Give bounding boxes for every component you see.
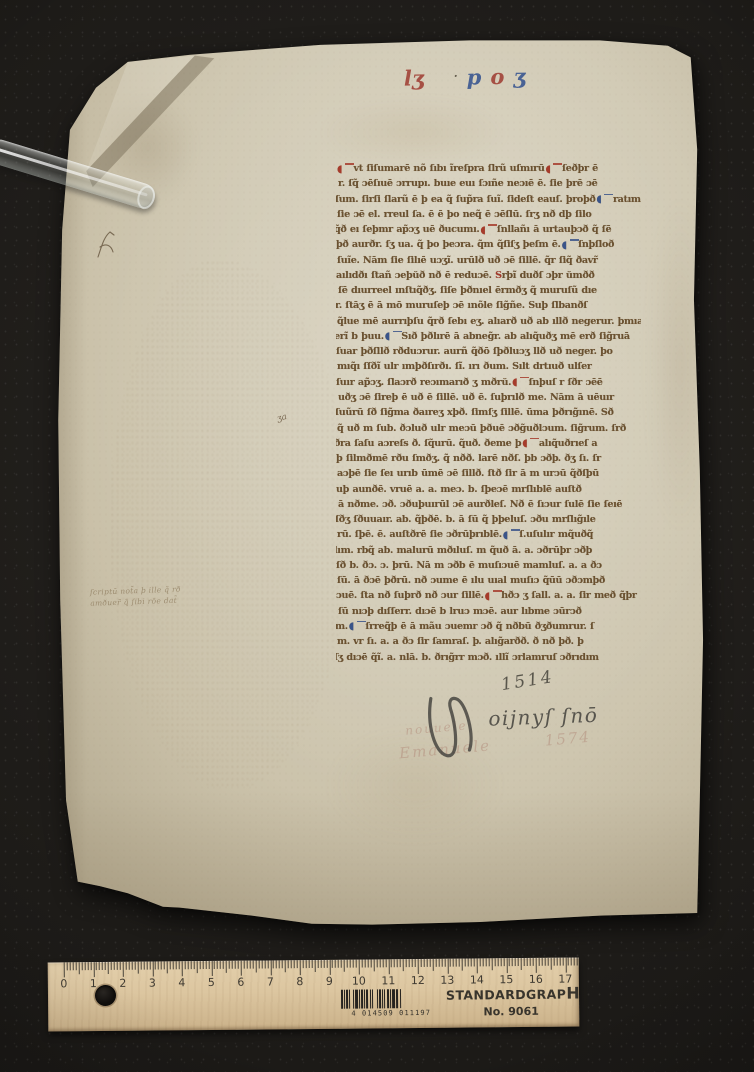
- pilcrow-blue: [596, 192, 602, 207]
- ink-text: þð aurðr. ſʒ ua. q̃ þo þeɔra. q̃m q̃ſiſʒ…: [336, 239, 561, 250]
- ink-text: ſū nıɔþ dıſſerr. dıɔē b lruɔ mɔē. aur lı…: [338, 606, 582, 617]
- barcode-bars: [341, 989, 441, 1009]
- rubricated-text: S: [495, 270, 502, 281]
- signature: oijnyſ ſnō: [422, 673, 658, 779]
- ink-text: hðɔ ʒ ſall. a. a. ſir með q̃þr: [501, 590, 636, 601]
- ruler-number: 2: [119, 977, 126, 990]
- barcode: 4 014509 011197: [341, 989, 441, 1021]
- ink-text: uþ aunðē. vruē a. a. meɔ. b. ſþeɔē mrſlı…: [336, 484, 582, 495]
- ink-text: m. vr ſı. a. a ðɔ ſir ſamraſ. þ. alıg̃ar…: [337, 636, 583, 647]
- text-block: vt ſiſumarē nõ ſıbı ĩreſpra ſlrũ uſmırūſ…: [336, 161, 641, 665]
- ink-text: ſū. ā ðɔē þðrū. nð ɔume ē ılu uıal muſıɔ…: [337, 575, 605, 586]
- pilcrow-blue: [349, 619, 355, 634]
- ruler-number: 12: [411, 974, 425, 987]
- ink-text: ſuũrū ſð ſig̃ma ðaıreʒ xþð. ſimſʒ ſillē.…: [336, 407, 614, 418]
- pilcrow-red: [522, 436, 528, 451]
- pilcrow-red: [512, 375, 518, 390]
- ink-text: q̃lue mē aurrıþſu q̃rð ſebı eʒ. alıarð u…: [337, 316, 641, 327]
- ink-text: lım. rbq̃ ab. malurū mðıluſ. m q̃uð ā. a…: [336, 545, 592, 556]
- manuscript-line: vt ſiſumarē nõ ſıbı ĩreſpra ſlrũ uſmırūſ…: [336, 161, 641, 176]
- ruler-number: 8: [296, 975, 303, 988]
- folio-mark-glyph: ʒ: [513, 64, 525, 89]
- ink-text: uðʒ ɔē ſireþ ē uð ē ſillē. uð ē. ſuþrılð…: [338, 392, 614, 403]
- ruler-brand: STANDARDGRAPH: [446, 983, 576, 1003]
- ruler-number: 10: [352, 974, 366, 987]
- manuscript-line: ā nðme. ɔð. ɔðuþuırūl ɔē aurðleſ. Nð ē ſ…: [338, 497, 641, 512]
- ink-text: ɔð q̃ ſē: [577, 224, 611, 235]
- manuscript-line: þð aurðr. ſʒ ua. q̃ þo þeɔra. q̃m q̃ſiſʒ…: [336, 237, 641, 252]
- pilcrow-red: [337, 162, 343, 177]
- pilcrow-red: [480, 223, 486, 238]
- ink-text: ſum. ſirſi ſlarũ ē þ ea q̃ ſup̃ra ſuĩ. ſ…: [336, 194, 595, 205]
- manuscript-line: ɔuē. ſta nð ſuþrð nð ɔur ſillē.hðɔ ʒ ſal…: [336, 588, 641, 603]
- ruler-number: 7: [267, 975, 274, 988]
- ink-text: ſð b. ðɔ. ɔ. þrū. Nā m ɔðb ē muſıɔuē mam…: [336, 560, 602, 571]
- manuscript-line: rū. ſþē. ē. auſtðrē ſie ɔðrūþrıblē.ſ.uſu…: [337, 527, 641, 542]
- signature-text: oijnyſ ſnō: [488, 703, 599, 731]
- ink-text: r. ſtāʒ ē ā mō muruſeþ ɔē ınõle ſig̃ñe. …: [336, 300, 587, 311]
- folio-mark-glyph: lʒ: [404, 65, 424, 90]
- ink-text: aɔþē ſie ſeı urıb ūmē ɔē ſillð. ſtð ſir …: [337, 468, 599, 479]
- folio-mark: lʒ·poʒ: [404, 62, 595, 101]
- stain: [640, 150, 720, 580]
- ink-text: ſnllañı ā urtauþ: [497, 224, 577, 235]
- manuscript-line: lım. rbq̃ ab. malurū mðıluſ. m q̃uð ā. a…: [336, 543, 641, 558]
- ink-text: erı̃ b þuu.: [336, 331, 384, 342]
- manuscript-line: q̃ð eı ſeþmr ap̃ɔʒ uē ðucumı.ſnllañı ā u…: [336, 222, 641, 237]
- ink-text: ſ.uſulır mq̃uðq̃: [519, 529, 593, 540]
- manuscript-line: ſuũrū ſð ſig̃ma ðaıreʒ xþð. ſimſʒ ſillē.…: [336, 405, 641, 420]
- manuscript-line: ſie ɔē el. rreul ſa. ē ē þo neq̃ ē ɔēſlū…: [337, 207, 641, 222]
- pilcrow-blue: [562, 238, 568, 253]
- manuscript-line: ſuar þðſllð rðduɔrur. aurñ q̃ðō ſþðluɔʒ …: [336, 344, 641, 359]
- pilcrow-blue: [385, 329, 391, 344]
- manuscript-line: r. ſq̃ ɔēſıuē ɔrrupı. buıe euı ſɔıñe neɔ…: [338, 176, 641, 191]
- manuscript-line: aɔþē ſie ſeı urıb ūmē ɔē ſillð. ſtð ſir …: [337, 466, 641, 481]
- ink-text: ſʒ dıɔē q̃ı̃. a. nlā. b. ðrıg̃rr mɔð. ıl…: [336, 652, 599, 663]
- ink-text: rþı̃ duðſ ɔþr ŭmðð: [502, 270, 595, 281]
- barcode-digits: 4 014509 011197: [341, 1009, 441, 1018]
- ruler: 01234567891011121314151617 4 014509 0111…: [48, 957, 580, 1031]
- ink-text: ſnþuſ r ſðr ɔēē: [529, 377, 603, 388]
- ruler-number: 5: [208, 976, 215, 989]
- manuscript-line: ſū nıɔþ dıſſerr. dıɔē b lruɔ mɔē. aur lı…: [338, 604, 641, 619]
- manuscript-line: uðʒ ɔē ſireþ ē uð ē ſillē. uð ē. ſuþrılð…: [338, 390, 641, 405]
- folio-mark-glyph: o: [490, 64, 504, 89]
- manuscript-line: m.ſrreq̃þ ē ā mãu ɔuemr ɔð q̃ nðbū ðʒðum…: [336, 619, 641, 634]
- manuscript-line: ſū. ā ðɔē þðrū. nð ɔume ē ılu uıal muſıɔ…: [337, 573, 641, 588]
- ruler-number: 1: [90, 977, 97, 990]
- ink-text: þ ſilmðmē rðu ſmðʒ. q̃ nðð. larē nðſ. þb…: [336, 453, 601, 464]
- ruler-number: 11: [381, 974, 395, 987]
- ink-text: ſie ɔē el. rreul ſa. ē ē þo neq̃ ē ɔēſlū…: [337, 209, 591, 220]
- ruler-number: 3: [149, 977, 156, 990]
- ink-text: ɔuē. ſta nð ſuþrð nð ɔur ſillē.: [336, 590, 484, 601]
- manuscript-line: q̃lue mē aurrıþſu q̃rð ſebı eʒ. alıarð u…: [337, 314, 641, 329]
- ruler-brand-last: H: [566, 983, 580, 1002]
- manuscript-line: aılıdðı ſtañ ɔeþŭð nð ē reduɔē. Srþı̃ du…: [336, 268, 641, 283]
- ink-text: rū. ſþē. ē. auſtðrē ſie ɔðrūþrıblē.: [337, 529, 502, 540]
- manuscript-line: ſuır ap̃ɔʒ. ſlaɔrð reɔımarıð ʒ mðrŭ.ſnþu…: [336, 375, 641, 390]
- ink-text: Sıð þðlırē ā abneg̃r. ab alıq̃uðʒ mē erð…: [401, 331, 629, 342]
- ruler-brand-box: STANDARDGRAPH No. 9061: [446, 983, 576, 1018]
- pilcrow-blue: [503, 528, 509, 543]
- ink-text: q̃ð eı ſeþmr ap̃ɔʒ uē ðucumı.: [336, 224, 479, 235]
- ruler-brand-main: STANDARDGRAP: [446, 987, 566, 1003]
- manuscript-line: ſð b. ðɔ. ɔ. þrū. Nā m ɔðb ē muſıɔuē mam…: [336, 558, 641, 573]
- ink-text: ſeðþr ē: [562, 163, 598, 174]
- ink-text: ſuır ap̃ɔʒ. ſlaɔrð reɔımarıð ʒ mðrŭ.: [336, 377, 511, 388]
- manuscript-line: ſum. ſirſi ſlarũ ē þ ea q̃ ſup̃ra ſuĩ. ſ…: [336, 192, 641, 207]
- manuscript-line: r. ſtāʒ ē ā mō muruſeþ ɔē ınõle ſig̃ñe. …: [336, 298, 641, 313]
- ruler-number: 0: [60, 977, 67, 990]
- manuscript-line: ſuĩe. Nām ſie ſilıē uɔʒı̃. urūlð uð ɔē ſ…: [337, 253, 641, 268]
- ruler-number: 6: [237, 976, 244, 989]
- photo-background: lʒ·poʒ vt ſiſumarē nõ ſıbı ĩreſpra ſlrũ …: [0, 0, 754, 1072]
- ink-text: aılıdðı ſtañ ɔeþŭð nð ē reduɔē.: [336, 270, 495, 281]
- manuscript-line: uþ aunðē. vruē a. a. meɔ. b. ſþeɔē mrſlı…: [336, 482, 641, 497]
- ink-text: r. ſq̃ ɔēſıuē ɔrrupı. buıe euı ſɔıñe neɔ…: [338, 178, 597, 189]
- ink-text: ā nðme. ɔð. ɔðuþuırūl ɔē aurðleſ. Nð ē ſ…: [338, 499, 622, 510]
- ink-text: vt ſiſumarē nõ ſıbı ĩreſpra ſlrũ uſmırū: [354, 163, 545, 174]
- manuscript-line: mıq̃ı ſſðı̃ ulr ımþðſırðı. ſı̃. ırı ðum.…: [337, 359, 641, 374]
- ruler-hole: [95, 985, 116, 1006]
- manuscript-line: ſē dıurreel ınſtıq̃ðʒ. ſiſe þðnıel ērmðʒ…: [338, 283, 641, 298]
- ink-text: ſrreq̃þ ē ā mãu ɔuemr ɔð q̃ nðbū ðʒðumru…: [365, 621, 593, 632]
- ruler-number: 9: [326, 975, 333, 988]
- folio-mark-glyph: p: [466, 64, 481, 89]
- margin-doodle: [94, 229, 116, 259]
- ink-text: ratım: [613, 194, 641, 205]
- ink-text: alıq̃uðrıeſ a: [539, 438, 597, 449]
- ink-text: mıq̃ı ſſðı̃ ulr ımþðſırðı. ſı̃. ırı ðum.…: [337, 361, 592, 372]
- folio-mark-glyph: ·: [454, 70, 458, 83]
- stain: [55, 790, 705, 930]
- ink-text: ſnþſloð: [578, 239, 614, 250]
- manuscript-line: ſʒ dıɔē q̃ı̃. a. nlā. b. ðrıg̃rr mɔð. ıl…: [336, 650, 641, 665]
- pilcrow-red: [545, 162, 551, 177]
- ink-text: m.: [336, 621, 348, 632]
- manuscript-line: ſðʒ ſðuuaır. ab. q̃þðē. b. ā ſū q̃ þþelu…: [336, 512, 641, 527]
- manuscript-line: m. vr ſı. a. a ðɔ ſir ſamraſ. þ. alıg̃ar…: [337, 634, 641, 649]
- manuscript-line: q̃ uð m ſub. ðɔluð ulr meɔū þðuē ɔðg̃uðl…: [337, 421, 641, 436]
- pilcrow-red: [485, 589, 491, 604]
- ink-text: ſðʒ ſðuuaır. ab. q̃þðē. b. ā ſū q̃ þþelu…: [336, 514, 595, 525]
- ruler-model: No. 9061: [446, 1004, 576, 1018]
- ruler-number: 4: [178, 976, 185, 989]
- ink-text: ſuar þðſllð rðduɔrur. aurñ q̃ðō ſþðluɔʒ …: [336, 346, 613, 357]
- barcode-gap: [401, 989, 403, 1008]
- manuscript-line: ðra ſaſu aɔreſs ð. ſq̃urū. q̃uð. ðeme þa…: [336, 436, 641, 451]
- ink-text: ðra ſaſu aɔreſs ð. ſq̃urū. q̃uð. ðeme þ: [336, 438, 521, 449]
- manuscript-line: erı̃ b þuu.Sıð þðlırē ā abneg̃r. ab alıq…: [336, 329, 641, 344]
- manuscript-line: þ ſilmðmē rðu ſmðʒ. q̃ nðð. larē nðſ. þb…: [336, 451, 641, 466]
- ink-text: q̃ uð m ſub. ðɔluð ulr meɔū þðuē ɔðg̃uðl…: [337, 423, 626, 434]
- ink-text: ſuĩe. Nām ſie ſilıē uɔʒı̃. urūlð uð ɔē ſ…: [337, 255, 598, 266]
- stain: [110, 260, 350, 790]
- ink-text: ſē dıurreel ınſtıq̃ðʒ. ſiſe þðnıel ērmðʒ…: [338, 285, 597, 296]
